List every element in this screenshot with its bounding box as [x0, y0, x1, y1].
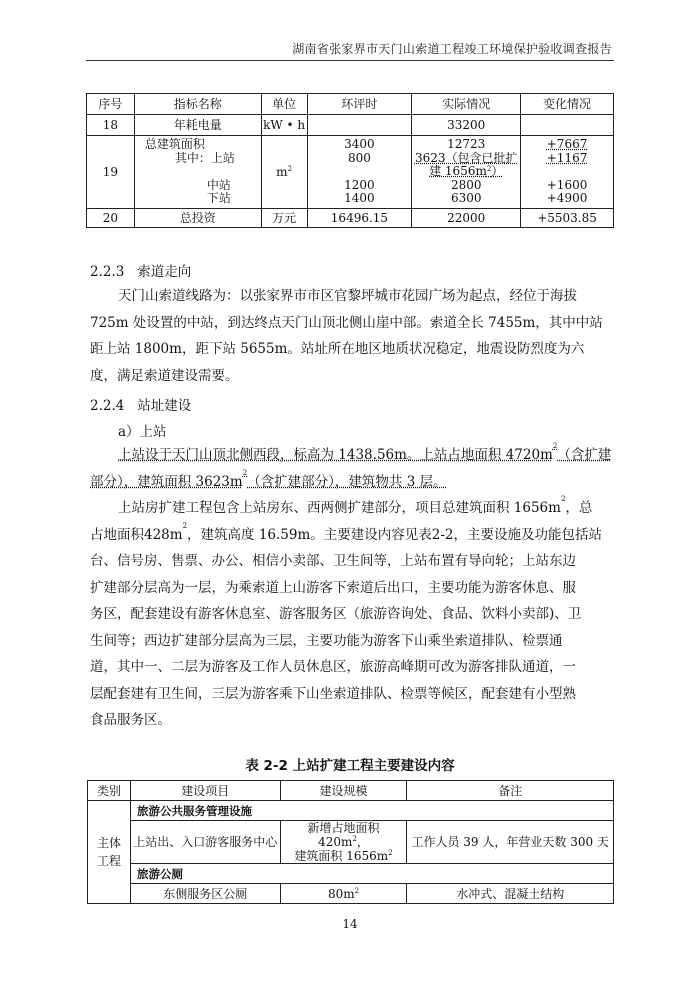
cell-eia: 16496.15: [307, 208, 412, 227]
cell-no: 19: [87, 136, 135, 209]
cell-item: 上站出、入口游客服务中心: [130, 821, 280, 864]
cell-actual: 22000: [412, 208, 521, 227]
route-paragraph: 天门山索道线路为：以张家界市市区官黎坪城市花园广场为起点，经位于海拔 725m …: [90, 283, 610, 389]
cell-name: 总投资: [134, 208, 261, 227]
column-header: 实际情况: [412, 94, 521, 115]
cell-actual: 12723 3623（包含已批扩 建 1656m2） 2800 6300: [412, 136, 521, 209]
table-group-row: 主体工程 旅游公共服务管理设施: [88, 801, 614, 821]
cell-unit: 万元: [261, 208, 307, 227]
column-header: 备注: [407, 781, 614, 801]
subheading-upper-station: a）上站: [118, 420, 167, 440]
page-number: 14: [0, 917, 700, 931]
column-header: 序号: [87, 94, 135, 115]
table-row: 东侧服务区公厕 80m2 水冲式、混凝土结构: [88, 884, 614, 904]
column-header: 建设项目: [130, 781, 280, 801]
table-row: 19 总建筑面积 其中：上站 中站 下站 m2 3400 800 1200 14…: [87, 136, 614, 209]
cell-change: [521, 115, 614, 136]
cell-no: 20: [87, 208, 135, 227]
column-header: 指标名称: [134, 94, 261, 115]
cell-eia: [307, 115, 412, 136]
cell-name: 总建筑面积 其中：上站 中站 下站: [134, 136, 261, 209]
cell-actual: 33200: [412, 115, 521, 136]
cell-note: 水冲式、混凝土结构: [407, 884, 614, 904]
table-header-row: 类别 建设项目 建设规模 备注: [88, 781, 614, 801]
construction-content-table: 类别 建设项目 建设规模 备注 主体工程 旅游公共服务管理设施 上站出、入口游客…: [87, 780, 614, 904]
cell-item: 东侧服务区公厕: [130, 884, 280, 904]
document-header-title: 湖南省张家界市天门山索道工程竣工环境保护验收调查报告: [292, 40, 612, 57]
cell-name: 年耗电量: [134, 115, 261, 136]
cell-scale: 80m2: [280, 884, 407, 904]
cell-change: +7667 +1167 +1600 +4900: [521, 136, 614, 209]
table-caption: 表 2-2 上站扩建工程主要建设内容: [0, 754, 700, 774]
section-heading-2-2-4: 2.2.4 站址建设: [90, 394, 191, 414]
cell-no: 18: [87, 115, 135, 136]
table-row: 上站出、入口游客服务中心 新增占地面积 420m2， 建筑面积 1656m2 工…: [88, 821, 614, 864]
table-group-row: 旅游公厕: [88, 864, 614, 884]
column-header: 建设规模: [280, 781, 407, 801]
header-rule: [86, 60, 614, 61]
cell-unit: kW • h: [261, 115, 307, 136]
cell-eia: 3400 800 1200 1400: [307, 136, 412, 209]
column-header: 环评时: [307, 94, 412, 115]
cell-note: 工作人员 39 人，年营业天数 300 天: [407, 821, 614, 864]
table-row: 18 年耗电量 kW • h 33200: [87, 115, 614, 136]
cell-change: +5503.85: [521, 208, 614, 227]
group-label: 旅游公厕: [130, 864, 613, 884]
table-row: 20 总投资 万元 16496.15 22000 +5503.85: [87, 208, 614, 227]
column-header: 单位: [261, 94, 307, 115]
column-header: 类别: [88, 781, 131, 801]
table-header-row: 序号 指标名称 单位 环评时 实际情况 变化情况: [87, 94, 614, 115]
column-header: 变化情况: [521, 94, 614, 115]
cell-scale: 新增占地面积 420m2， 建筑面积 1656m2: [280, 821, 407, 864]
upper-station-paragraph: 上站设于天门山顶北侧西段，标高为 1438.56m。上站占地面积 4720m2（…: [90, 442, 610, 734]
indicator-table: 序号 指标名称 单位 环评时 实际情况 变化情况 18 年耗电量 kW • h …: [86, 93, 614, 228]
group-label: 旅游公共服务管理设施: [130, 801, 613, 821]
cell-category: 主体工程: [88, 801, 131, 904]
cell-unit: m2: [261, 136, 307, 209]
section-heading-2-2-3: 2.2.3 索道走向: [90, 260, 191, 280]
